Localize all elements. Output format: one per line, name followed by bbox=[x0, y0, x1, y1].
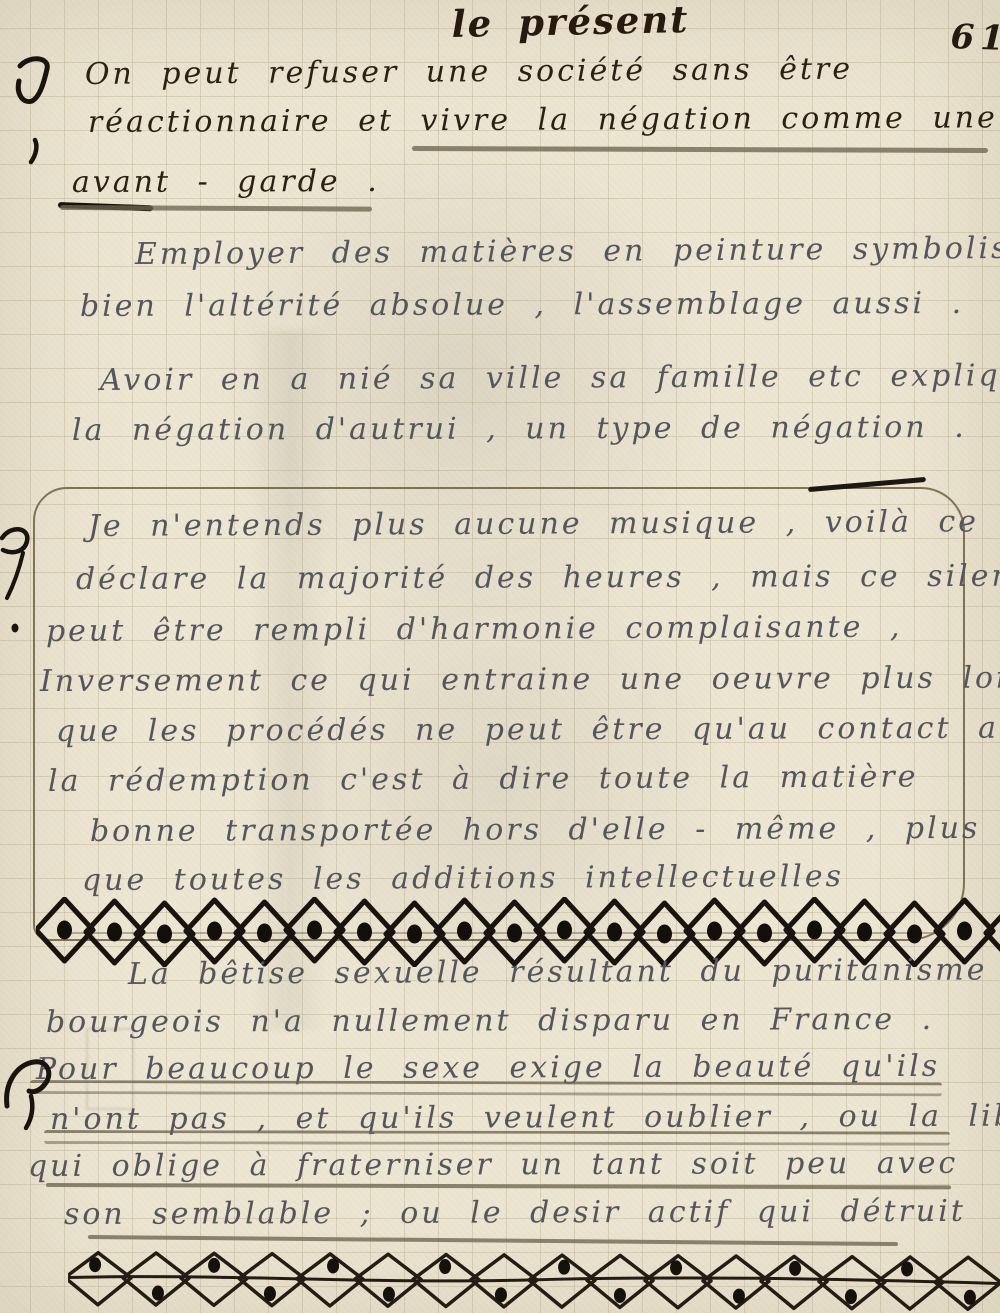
handwritten-line: On peut refuser une société sans être bbox=[85, 55, 853, 90]
handwritten-line: la rédemption c'est à dire toute la mati… bbox=[48, 762, 919, 797]
notebook-page: le présent 61 On peut refuser une sociét… bbox=[0, 0, 1000, 1313]
zigzag-diamond-border-icon bbox=[68, 1248, 1000, 1313]
margin-question-mark-icon bbox=[2, 1050, 58, 1160]
pencil-underline bbox=[88, 1235, 898, 1246]
handwritten-line: son semblable ; ou le desir actif qui dé… bbox=[64, 1197, 966, 1230]
pencil-underline-double bbox=[44, 1130, 950, 1146]
handwritten-line: bourgeois n'a nullement disparu en Franc… bbox=[46, 1005, 934, 1038]
pencil-underline bbox=[412, 146, 988, 153]
handwritten-line: Employer des matières en peinture symbol… bbox=[135, 234, 1000, 270]
margin-question-mark-icon bbox=[0, 522, 42, 642]
handwritten-line: peut être rempli d'harmonie complaisante… bbox=[46, 613, 903, 647]
handwritten-line: qui oblige à fraterniser un tant soit pe… bbox=[28, 1149, 958, 1182]
margin-question-mark-icon bbox=[4, 52, 60, 202]
page-title: le présent bbox=[451, 1, 689, 43]
handwritten-line: Je n'entends plus aucune musique , voilà… bbox=[88, 507, 1000, 542]
handwritten-line: avant - garde . bbox=[72, 167, 380, 198]
handwritten-line: bonne transportée hors d'elle - même , p… bbox=[90, 813, 1000, 847]
handwritten-line: déclare la majorité des heures , mais ce… bbox=[76, 562, 1000, 595]
handwritten-line: la négation d'autrui , un type de négati… bbox=[72, 413, 967, 446]
handwritten-line: Inversement ce qui entraine une oeuvre p… bbox=[40, 664, 1000, 697]
handwritten-line: Avoir en a nié sa ville sa famille etc e… bbox=[100, 361, 1000, 396]
pencil-underline-double bbox=[30, 1080, 942, 1096]
handwritten-line: réactionnaire et vivre la négation comme… bbox=[88, 103, 998, 138]
pencil-underline bbox=[60, 205, 372, 212]
pencil-underline bbox=[46, 1183, 951, 1189]
handwritten-line: que toutes les additions intellectuelles bbox=[82, 862, 844, 896]
handwritten-line: La bêtise sexuelle résultant du puritani… bbox=[128, 956, 988, 990]
handwritten-line: que les procédés ne peut être qu'au cont… bbox=[56, 713, 1000, 747]
page-number: 61 bbox=[950, 20, 1000, 56]
handwritten-line: bien l'altérité absolue , l'assemblage a… bbox=[80, 289, 964, 322]
